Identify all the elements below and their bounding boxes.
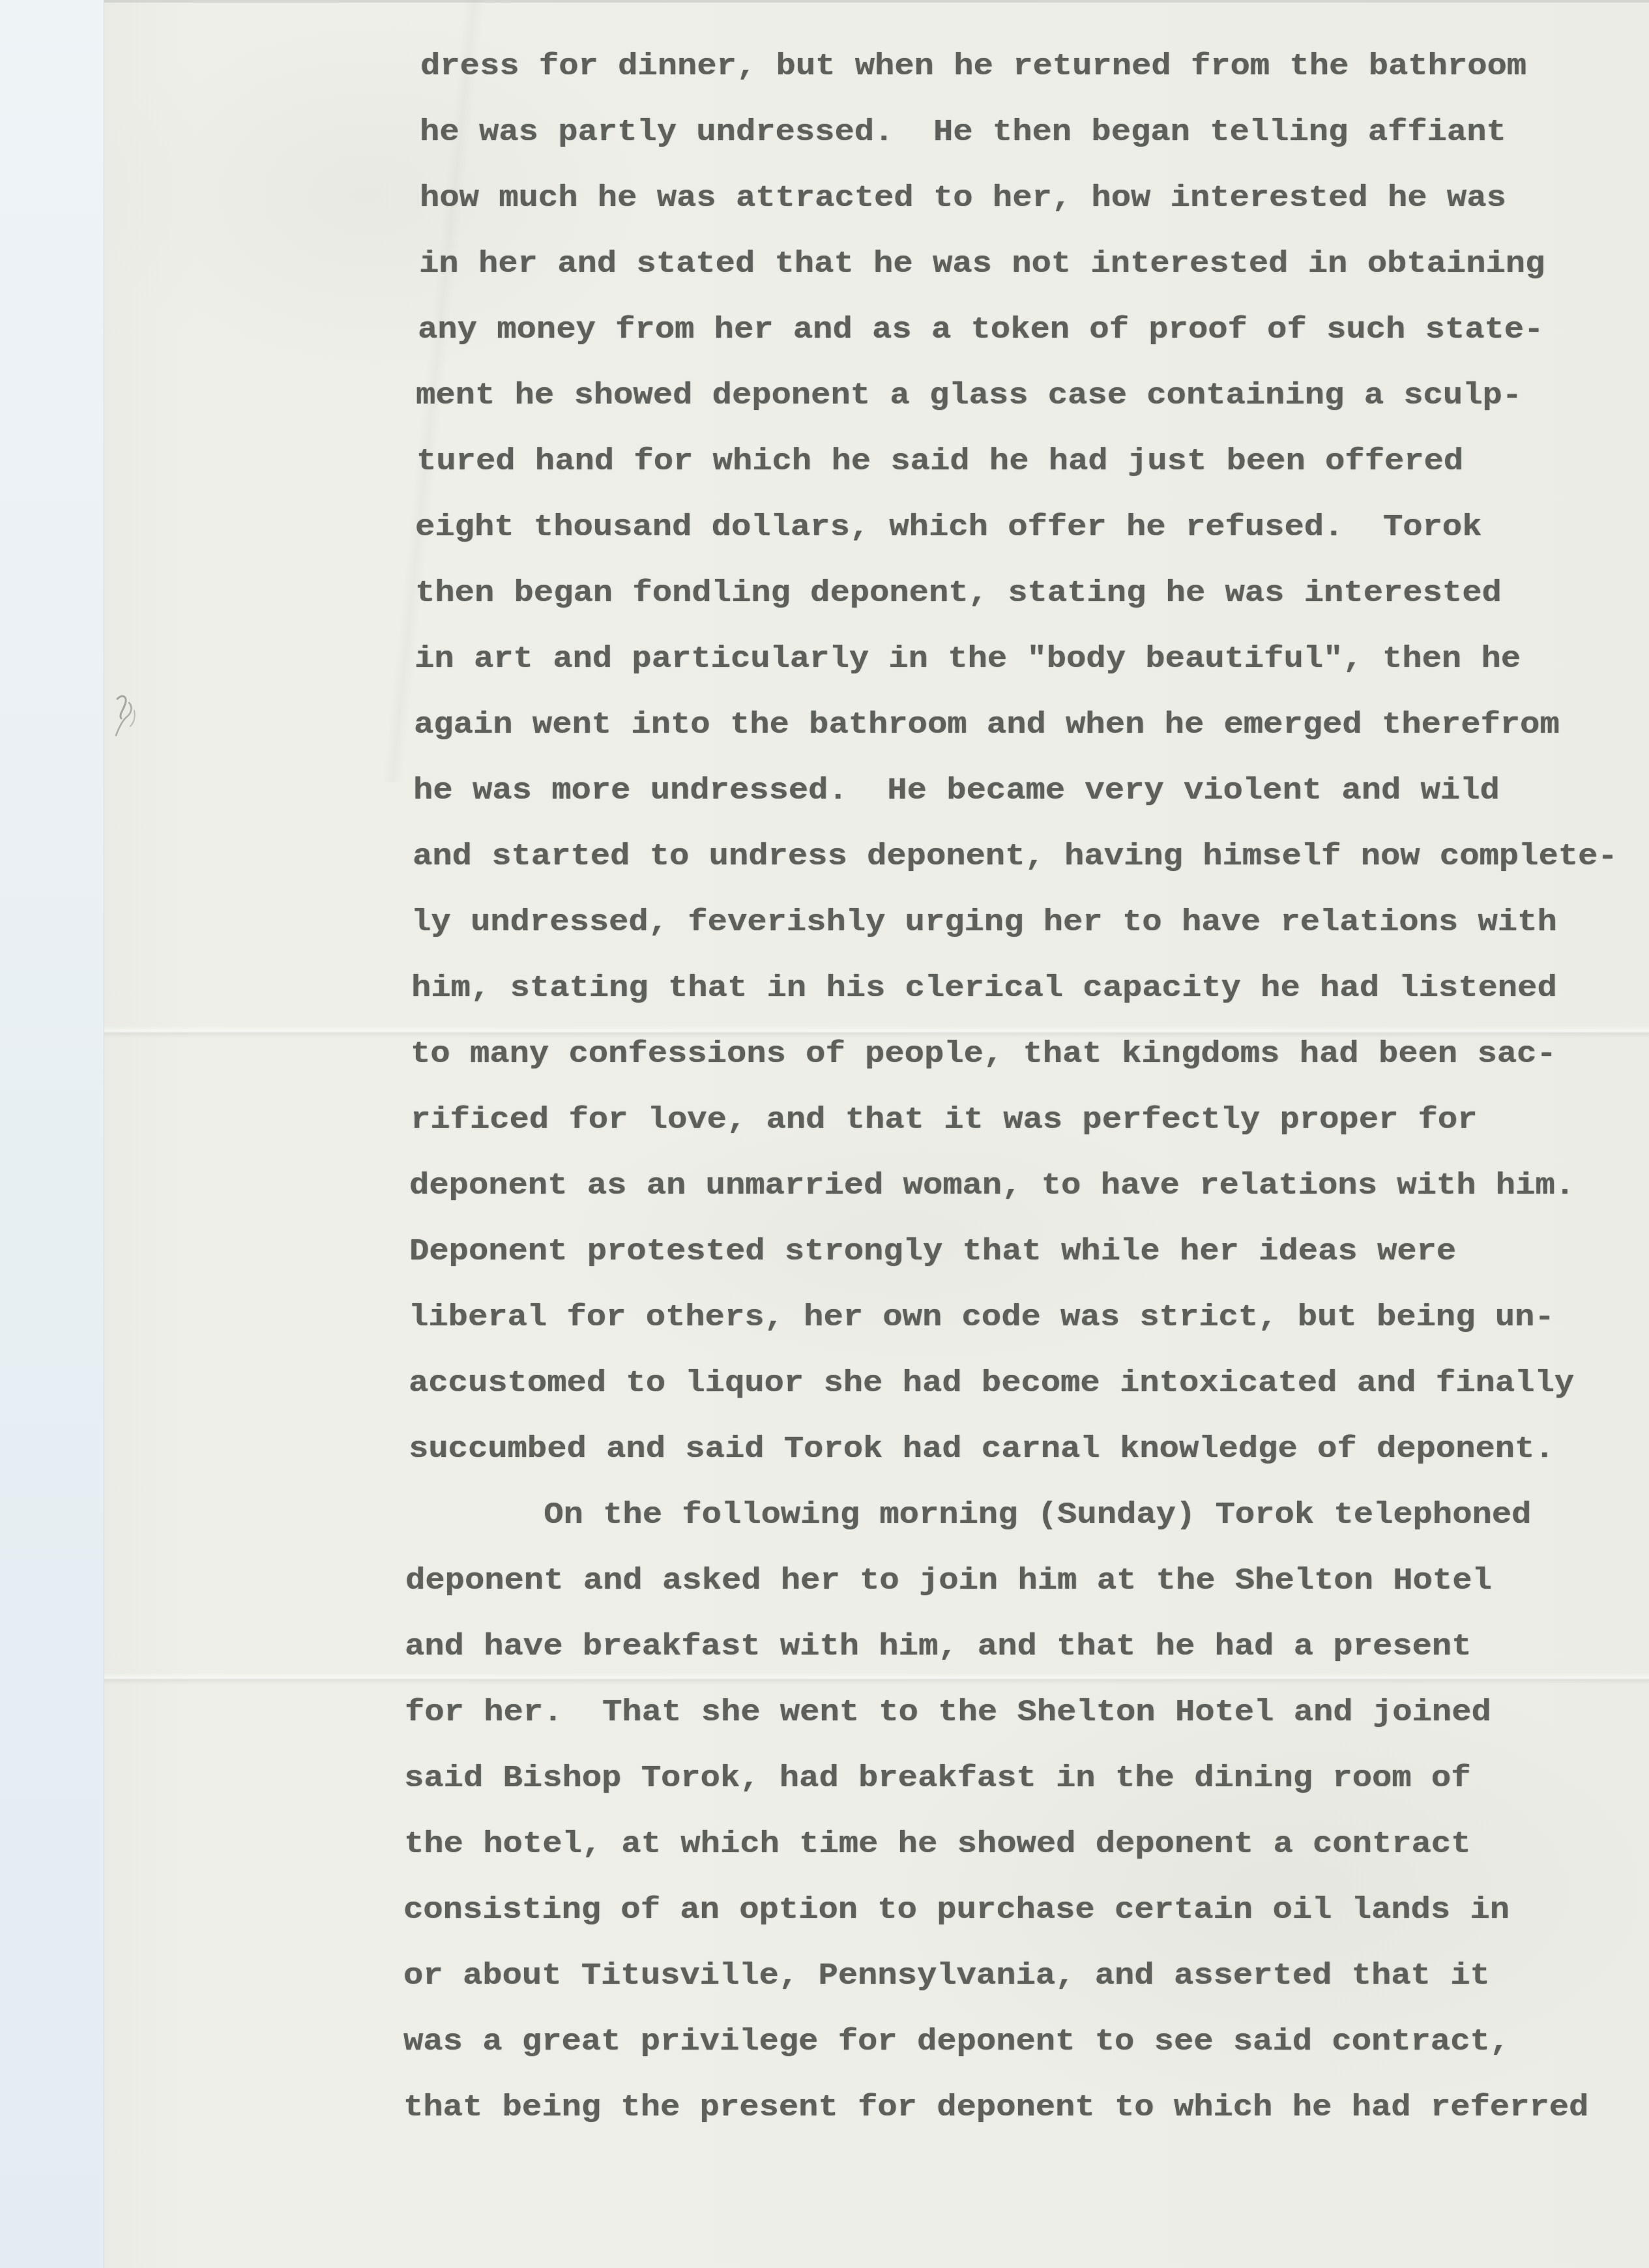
typed-line: him, stating that in his clerical capaci…	[411, 974, 1557, 1004]
typed-line: then began fondling deponent, stating he…	[415, 579, 1502, 609]
typed-line: rificed for love, and that it was perfec…	[411, 1106, 1477, 1136]
typed-line: and have breakfast with him, and that he…	[405, 1632, 1471, 1662]
typed-line: consisting of an option to purchase cert…	[403, 1896, 1510, 1926]
typed-line: deponent and asked her to join him at th…	[405, 1567, 1492, 1597]
typed-line: that being the present for deponent to w…	[403, 2093, 1588, 2123]
typed-line: he was more undressed. He became very vi…	[413, 776, 1500, 806]
typed-line: said Bishop Torok, had breakfast in the …	[404, 1764, 1470, 1794]
typed-line: he was partly undressed. He then began t…	[420, 118, 1506, 148]
typed-line: for her. That she went to the Shelton Ho…	[405, 1698, 1491, 1728]
typed-line: ment he showed deponent a glass case con…	[416, 381, 1522, 411]
typed-line: again went into the bathroom and when he…	[414, 711, 1560, 741]
typed-line: and started to undress deponent, having …	[413, 842, 1618, 872]
typed-line: was a great privilege for deponent to se…	[403, 2027, 1510, 2057]
typed-line: any money from her and as a token of pro…	[418, 316, 1543, 346]
typewritten-body: dress for dinner, but when he returned f…	[0, 0, 1649, 2268]
typed-line: in art and particularly in the "body bea…	[415, 645, 1521, 675]
typed-line: or about Titusville, Pennsylvania, and a…	[403, 1962, 1490, 1992]
typed-line: in her and stated that he was not intere…	[419, 250, 1545, 280]
typed-line: tured hand for which he said he had just…	[416, 447, 1463, 477]
typed-line: ly undressed, feverishly urging her to h…	[411, 908, 1557, 938]
typed-line: liberal for others, her own code was str…	[409, 1303, 1554, 1333]
typed-line: the hotel, at which time he showed depon…	[404, 1830, 1470, 1860]
typed-line: accustomed to liquor she had become into…	[409, 1369, 1574, 1399]
typed-line: dress for dinner, but when he returned f…	[420, 52, 1526, 82]
typed-line: how much he was attracted to her, how in…	[420, 184, 1506, 214]
typed-line: Deponent protested strongly that while h…	[409, 1237, 1456, 1267]
typed-line: to many confessions of people, that king…	[411, 1040, 1556, 1070]
typed-line: On the following morning (Sunday) Torok …	[405, 1501, 1531, 1531]
typed-line: deponent as an unmarried woman, to have …	[409, 1171, 1575, 1201]
typed-line: succumbed and said Torok had carnal know…	[409, 1435, 1554, 1465]
typed-line: eight thousand dollars, which offer he r…	[415, 513, 1481, 543]
